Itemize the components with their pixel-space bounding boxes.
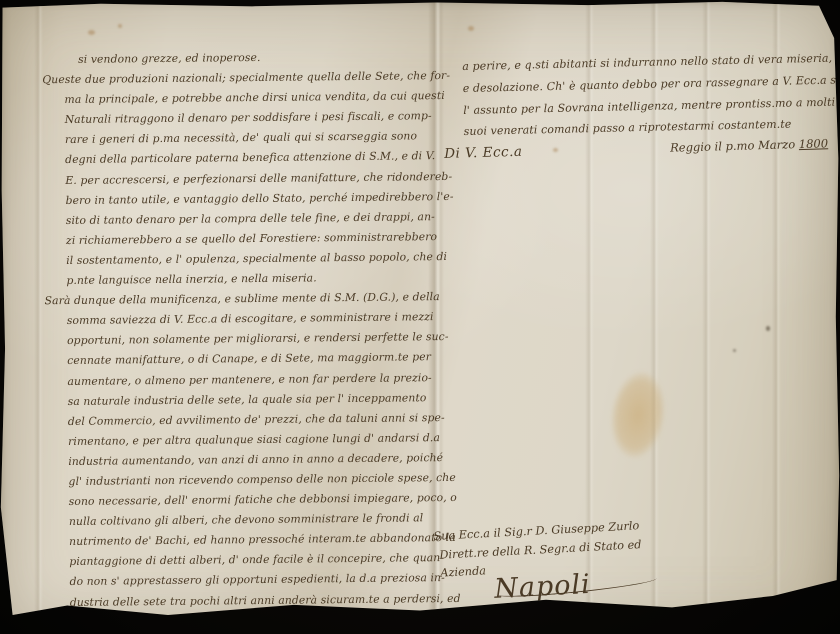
ink-speck bbox=[766, 326, 770, 331]
ink-speck bbox=[733, 349, 736, 352]
dateline-place-text: Reggio il p.mo Marzo bbox=[670, 137, 799, 155]
photo-backdrop: si vendono grezze, ed inoperose. Queste … bbox=[0, 0, 840, 634]
manuscript-line: dustria delle sete tra pochi altri anni … bbox=[70, 589, 446, 613]
city-name: Napoli bbox=[494, 573, 644, 599]
dateline-year: 1800 bbox=[799, 136, 829, 151]
foxing-spot bbox=[88, 30, 95, 35]
letter-sheet: si vendono grezze, ed inoperose. Queste … bbox=[0, 0, 840, 634]
ink-stain bbox=[606, 369, 669, 461]
dateline: Reggio il p.mo Marzo 1800 bbox=[670, 136, 828, 154]
foxing-spot bbox=[468, 26, 474, 31]
manuscript-line: il sostentamento, e l' opulenza, special… bbox=[66, 247, 442, 271]
foxing-spot bbox=[118, 24, 122, 28]
valediction: Di V. Ecc.a bbox=[444, 144, 523, 162]
left-page-text: si vendono grezze, ed inoperose. Queste … bbox=[64, 46, 446, 613]
right-page-text: a perire, e q.sti abitanti si indurranno… bbox=[462, 48, 836, 144]
address-block: Sua Ecc.a il Sig.r D. Giuseppe Zurlo Dir… bbox=[433, 517, 644, 602]
fold-crease bbox=[34, 0, 43, 634]
